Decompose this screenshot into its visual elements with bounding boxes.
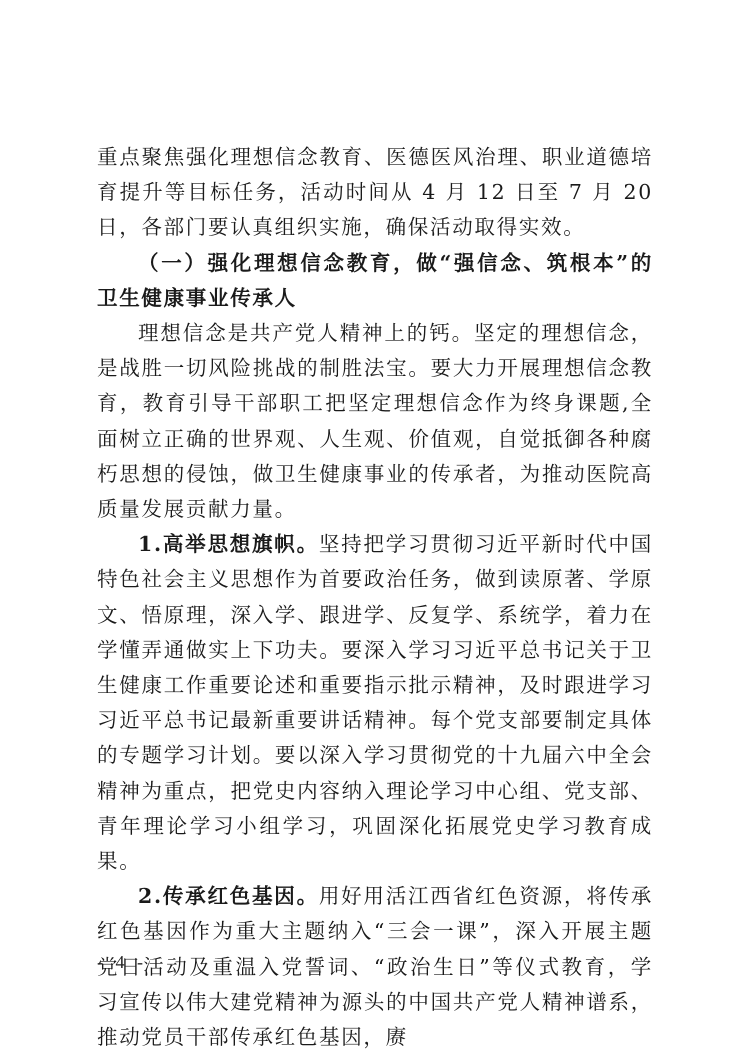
document-page: 重点聚焦强化理想信念教育、医德医风治理、职业道德培育提升等目标任务，活动时间从 … bbox=[97, 140, 653, 1055]
list-item-2-lead: 2.传承红色基因。 bbox=[138, 884, 319, 908]
paragraph-intro-continuation: 重点聚焦强化理想信念教育、医德医风治理、职业道德培育提升等目标任务，活动时间从 … bbox=[97, 140, 653, 246]
list-item-2: 2.传承红色基因。用好用活江西省红色资源，将传承红色基因作为重大主题纳入“三会一… bbox=[97, 879, 653, 1055]
paragraph-body: 理想信念是共产党人精神上的钙。坚定的理想信念，是战胜一切风险挑战的制胜法宝。要大… bbox=[97, 316, 653, 527]
list-item-1-text: 坚持把学习贯彻习近平新时代中国特色社会主义思想作为首要政治任务，做到读原著、学原… bbox=[97, 532, 653, 873]
page-number: - 4 - bbox=[97, 952, 147, 973]
section-heading: （一）强化理想信念教育，做“强信念、筑根本”的卫生健康事业传承人 bbox=[97, 246, 653, 316]
list-item-2-text: 用好用活江西省红色资源，将传承红色基因作为重大主题纳入“三会一课”，深入开展主题… bbox=[97, 884, 653, 1049]
list-item-1-lead: 1.高举思想旗帜。 bbox=[138, 532, 319, 556]
list-item-1: 1.高举思想旗帜。坚持把学习贯彻习近平新时代中国特色社会主义思想作为首要政治任务… bbox=[97, 527, 653, 879]
